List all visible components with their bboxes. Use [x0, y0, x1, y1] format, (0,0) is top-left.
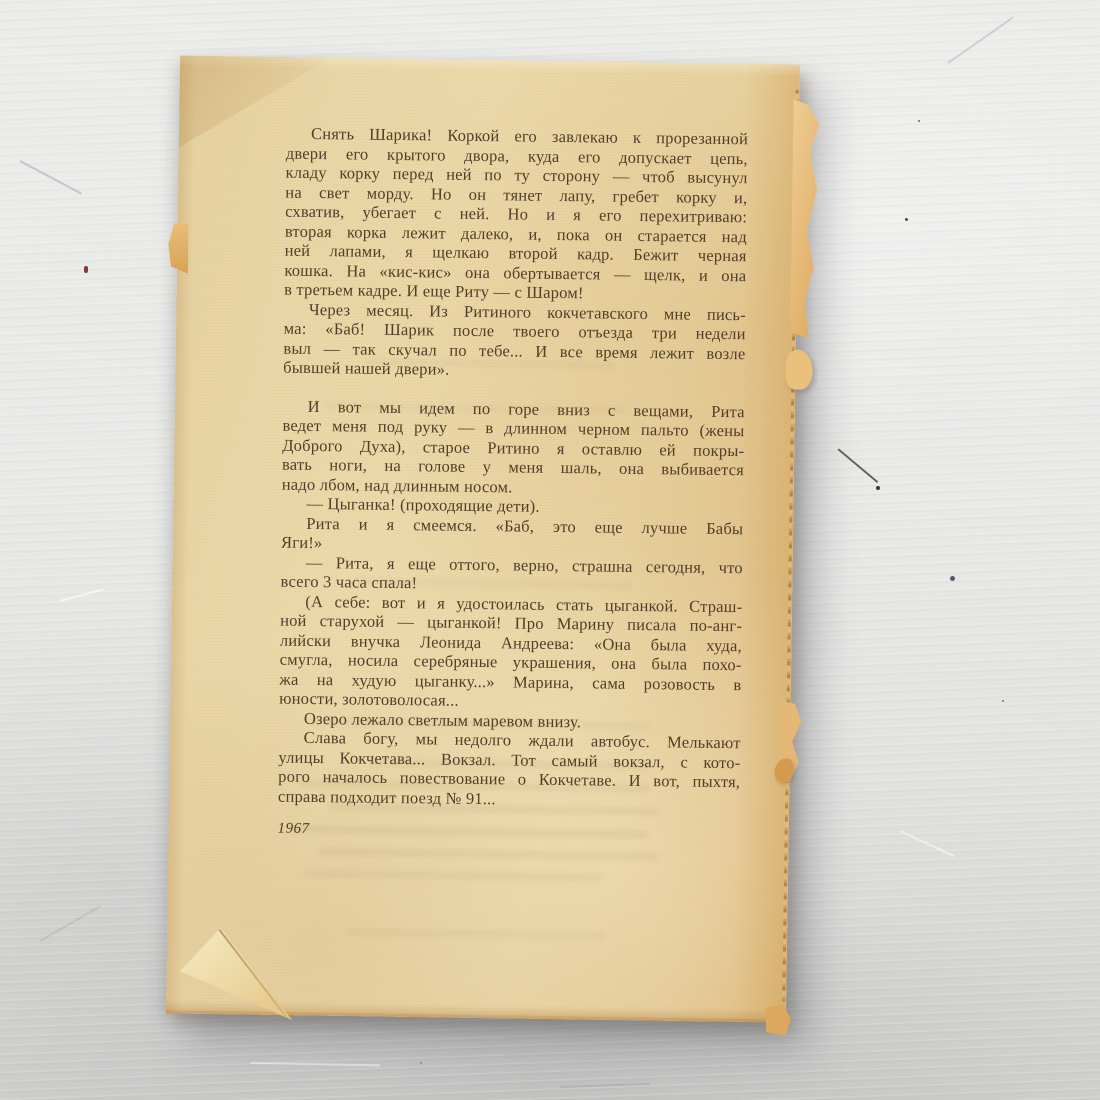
showthrough-text — [303, 869, 603, 881]
surface-speck — [918, 120, 920, 122]
paragraph: — Рита, я еще оттого, верно, страшна сег… — [280, 552, 742, 597]
torn-paper-fragment — [790, 100, 820, 338]
surface-speck — [905, 218, 908, 221]
surface-speck — [950, 576, 955, 581]
paragraph: (А себе: вот и я удостоилась стать цыган… — [279, 591, 742, 714]
paragraphs: Снять Шарика! Коркой его завлекаю к прор… — [278, 124, 748, 812]
surface-speck — [1002, 700, 1004, 702]
torn-paper-fragment — [785, 349, 813, 389]
torn-paper-fragment — [766, 1004, 791, 1035]
surface-scratch — [20, 160, 83, 195]
page-edge-shading — [180, 55, 800, 76]
surface-scratch — [40, 905, 102, 942]
surface-scratch — [837, 448, 878, 483]
page-text: Снять Шарика! Коркой его завлекаю к прор… — [277, 124, 748, 845]
surface-scratch — [560, 1083, 650, 1088]
surface-speck — [420, 1062, 422, 1064]
torn-paper-fragment — [168, 223, 189, 273]
paragraph: Снять Шарика! Коркой его завлекаю к прор… — [284, 124, 748, 305]
surface-scratch — [250, 1062, 380, 1066]
paragraph: Слава богу, мы недолго ждали автобус. Ме… — [278, 728, 741, 812]
surface-scratch — [900, 830, 955, 857]
page-edge-shading — [166, 55, 196, 1013]
paragraph: И вот мы идем по горе вниз с вещами, Рит… — [282, 396, 745, 499]
year-caption: 1967 — [277, 820, 739, 845]
photo-scene: Снять Шарика! Коркой его завлекаю к прор… — [0, 0, 1100, 1100]
surface-scratch — [60, 588, 104, 602]
surface-speck — [876, 486, 880, 490]
surface-speck — [84, 266, 88, 273]
paragraph: Через месяц. Из Ритиного кокчетавского м… — [283, 299, 746, 383]
showthrough-text — [318, 848, 658, 861]
showthrough-text — [347, 928, 607, 940]
surface-scratch — [947, 16, 1014, 64]
book-page: Снять Шарика! Коркой его завлекаю к прор… — [166, 55, 800, 1022]
paragraph: Рита и я смеемся. «Баб, это еще лучше Ба… — [281, 513, 743, 558]
